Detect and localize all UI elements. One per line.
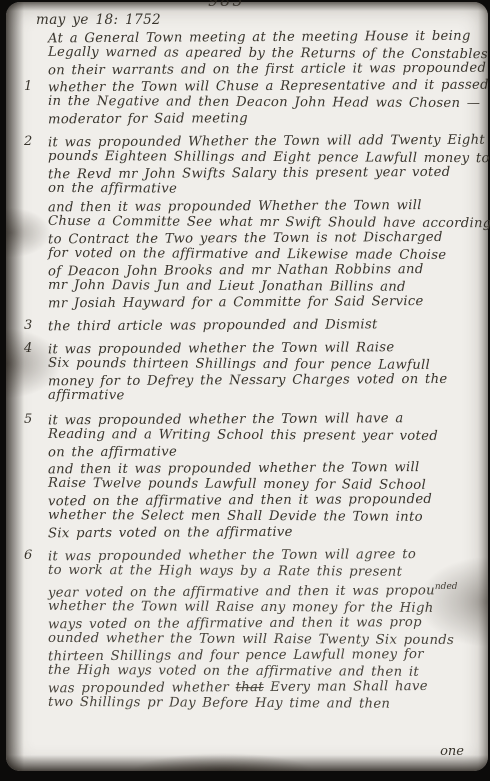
entry-paragraph: 6it was propounded whether the Town will… [22, 548, 483, 712]
manuscript-content: may ye 18: 1752 At a General Town meetin… [22, 12, 483, 712]
entry-number: 6 [22, 548, 48, 712]
entry-lines: it was propounded whether the Town will … [48, 548, 483, 712]
date-heading: may ye 18: 1752 [36, 12, 483, 29]
manuscript-paper: may ye 18: 1752 At a General Town meetin… [6, 2, 488, 771]
entry-number: 5 [22, 412, 48, 460]
manuscript-line: mr Josiah Hayward for a Committe for Sai… [48, 294, 483, 313]
manuscript-line: moderator for Said meeting [48, 110, 483, 129]
entry-number: 2 [22, 134, 48, 198]
entry-paragraph: and then it was propounded Whether the T… [22, 199, 483, 311]
entry-lines: it was propounded Whether the Town will … [48, 134, 483, 198]
entry-lines: it was propounded whether the Town will … [48, 412, 483, 460]
catchword: one [440, 744, 464, 759]
entry-paragraph: 3the third article was propounded and Di… [22, 318, 483, 334]
entry-number: 4 [22, 341, 48, 405]
entry-number: 1 [22, 79, 48, 127]
text-segment: year voted on the affirmative and then i… [48, 583, 435, 600]
manuscript-line: the third article was propounded and Dis… [48, 317, 483, 336]
manuscript-line: affirmative [48, 388, 483, 406]
entry-paragraph: and then it was propounded whether the T… [22, 461, 483, 541]
manuscript-body: At a General Town meeting at the meeting… [22, 30, 483, 712]
manuscript-line: on the affirmative [48, 443, 483, 462]
entry-paragraph: At a General Town meeting at the meeting… [22, 30, 483, 78]
entry-number: 3 [22, 318, 48, 334]
entry-lines: At a General Town meeting at the meeting… [48, 30, 483, 78]
manuscript-line: on the affirmative [48, 181, 483, 199]
entry-lines: whether the Town will Chuse a Representa… [48, 79, 483, 127]
manuscript-line: two Shillings pr Day Before Hay time and… [48, 695, 483, 713]
entry-lines: and then it was propounded Whether the T… [48, 199, 483, 311]
struck-word: that [236, 680, 264, 695]
text-segment: Every man Shall have [264, 679, 428, 695]
entry-number [22, 461, 48, 541]
entry-paragraph: 1whether the Town will Chuse a Represent… [22, 79, 483, 127]
folio-number: 985 [208, 0, 245, 10]
scanned-page: may ye 18: 1752 At a General Town meetin… [0, 0, 490, 781]
superscript-text: nded [435, 582, 458, 592]
manuscript-line: on their warrants and on the first artic… [48, 61, 483, 80]
entry-paragraph: 5it was propounded whether the Town will… [22, 412, 483, 460]
entry-lines: the third article was propounded and Dis… [48, 318, 483, 334]
entry-paragraph: 2it was propounded Whether the Town will… [22, 134, 483, 198]
manuscript-line: Six parts voted on the affirmative [48, 524, 483, 543]
entry-lines: and then it was propounded whether the T… [48, 461, 483, 541]
entry-lines: it was propounded whether the Town will … [48, 341, 483, 405]
entry-number [22, 30, 48, 78]
entry-number [22, 199, 48, 311]
entry-paragraph: 4it was propounded whether the Town will… [22, 341, 483, 405]
